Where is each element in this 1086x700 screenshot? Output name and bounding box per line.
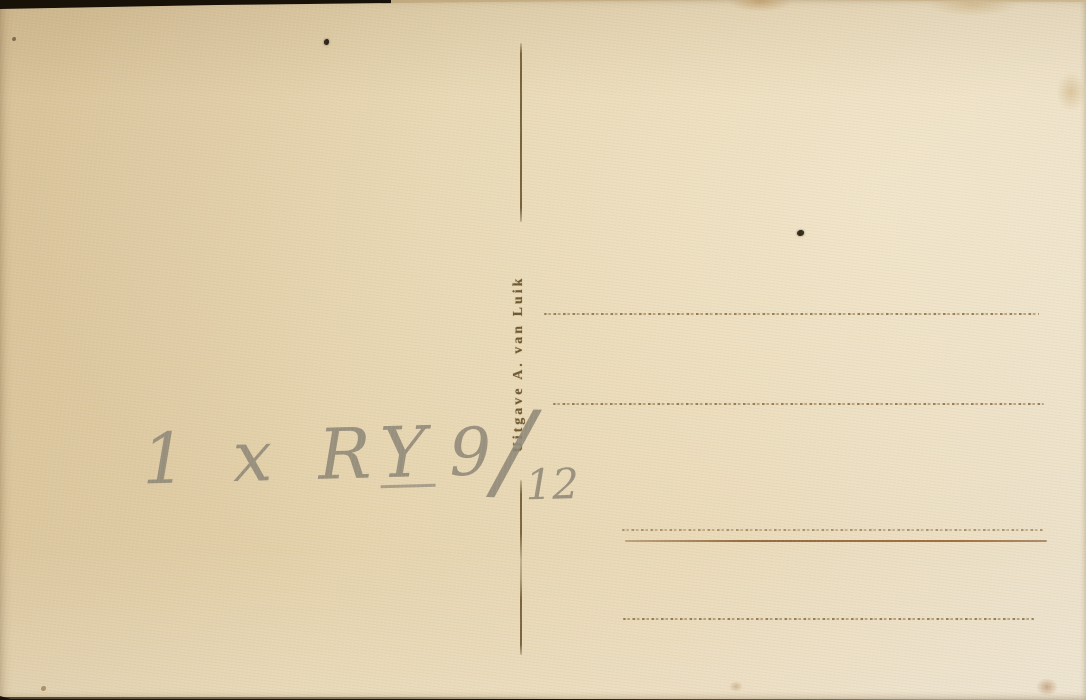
- address-dotted-line-3: [622, 529, 1043, 531]
- scan-backdrop: Uitgave A. van Luik 1 x RY9/12: [0, 0, 1086, 700]
- ink-speck: [324, 39, 329, 45]
- postcard: Uitgave A. van Luik 1 x RY9/12: [0, 0, 1086, 700]
- foxing-stain: [1056, 72, 1086, 112]
- handwritten-note-fraction-slash: /: [496, 451, 532, 452]
- ink-speck: [12, 37, 16, 41]
- handwritten-note-numerator: 9: [448, 413, 501, 491]
- address-dotted-line-2: [553, 403, 1044, 405]
- handwritten-note-denominator: 12: [525, 459, 580, 509]
- foxing-stain: [728, 0, 792, 12]
- foxing-stain: [1036, 678, 1058, 696]
- ink-speck: [797, 230, 804, 236]
- foxing-stain: [928, 0, 1018, 16]
- foxing-stain: [729, 681, 743, 692]
- handwritten-note-underlined-letter: Y: [379, 421, 436, 488]
- address-line-solid: [625, 540, 1047, 542]
- address-dotted-line-4: [623, 618, 1034, 620]
- ink-speck: [41, 686, 46, 691]
- handwritten-note: 1 x RY9/12: [141, 410, 484, 520]
- address-dotted-line-1: [544, 313, 1039, 315]
- handwritten-note-prefix: 1 x R: [141, 412, 381, 500]
- divider-line-top: [520, 43, 522, 222]
